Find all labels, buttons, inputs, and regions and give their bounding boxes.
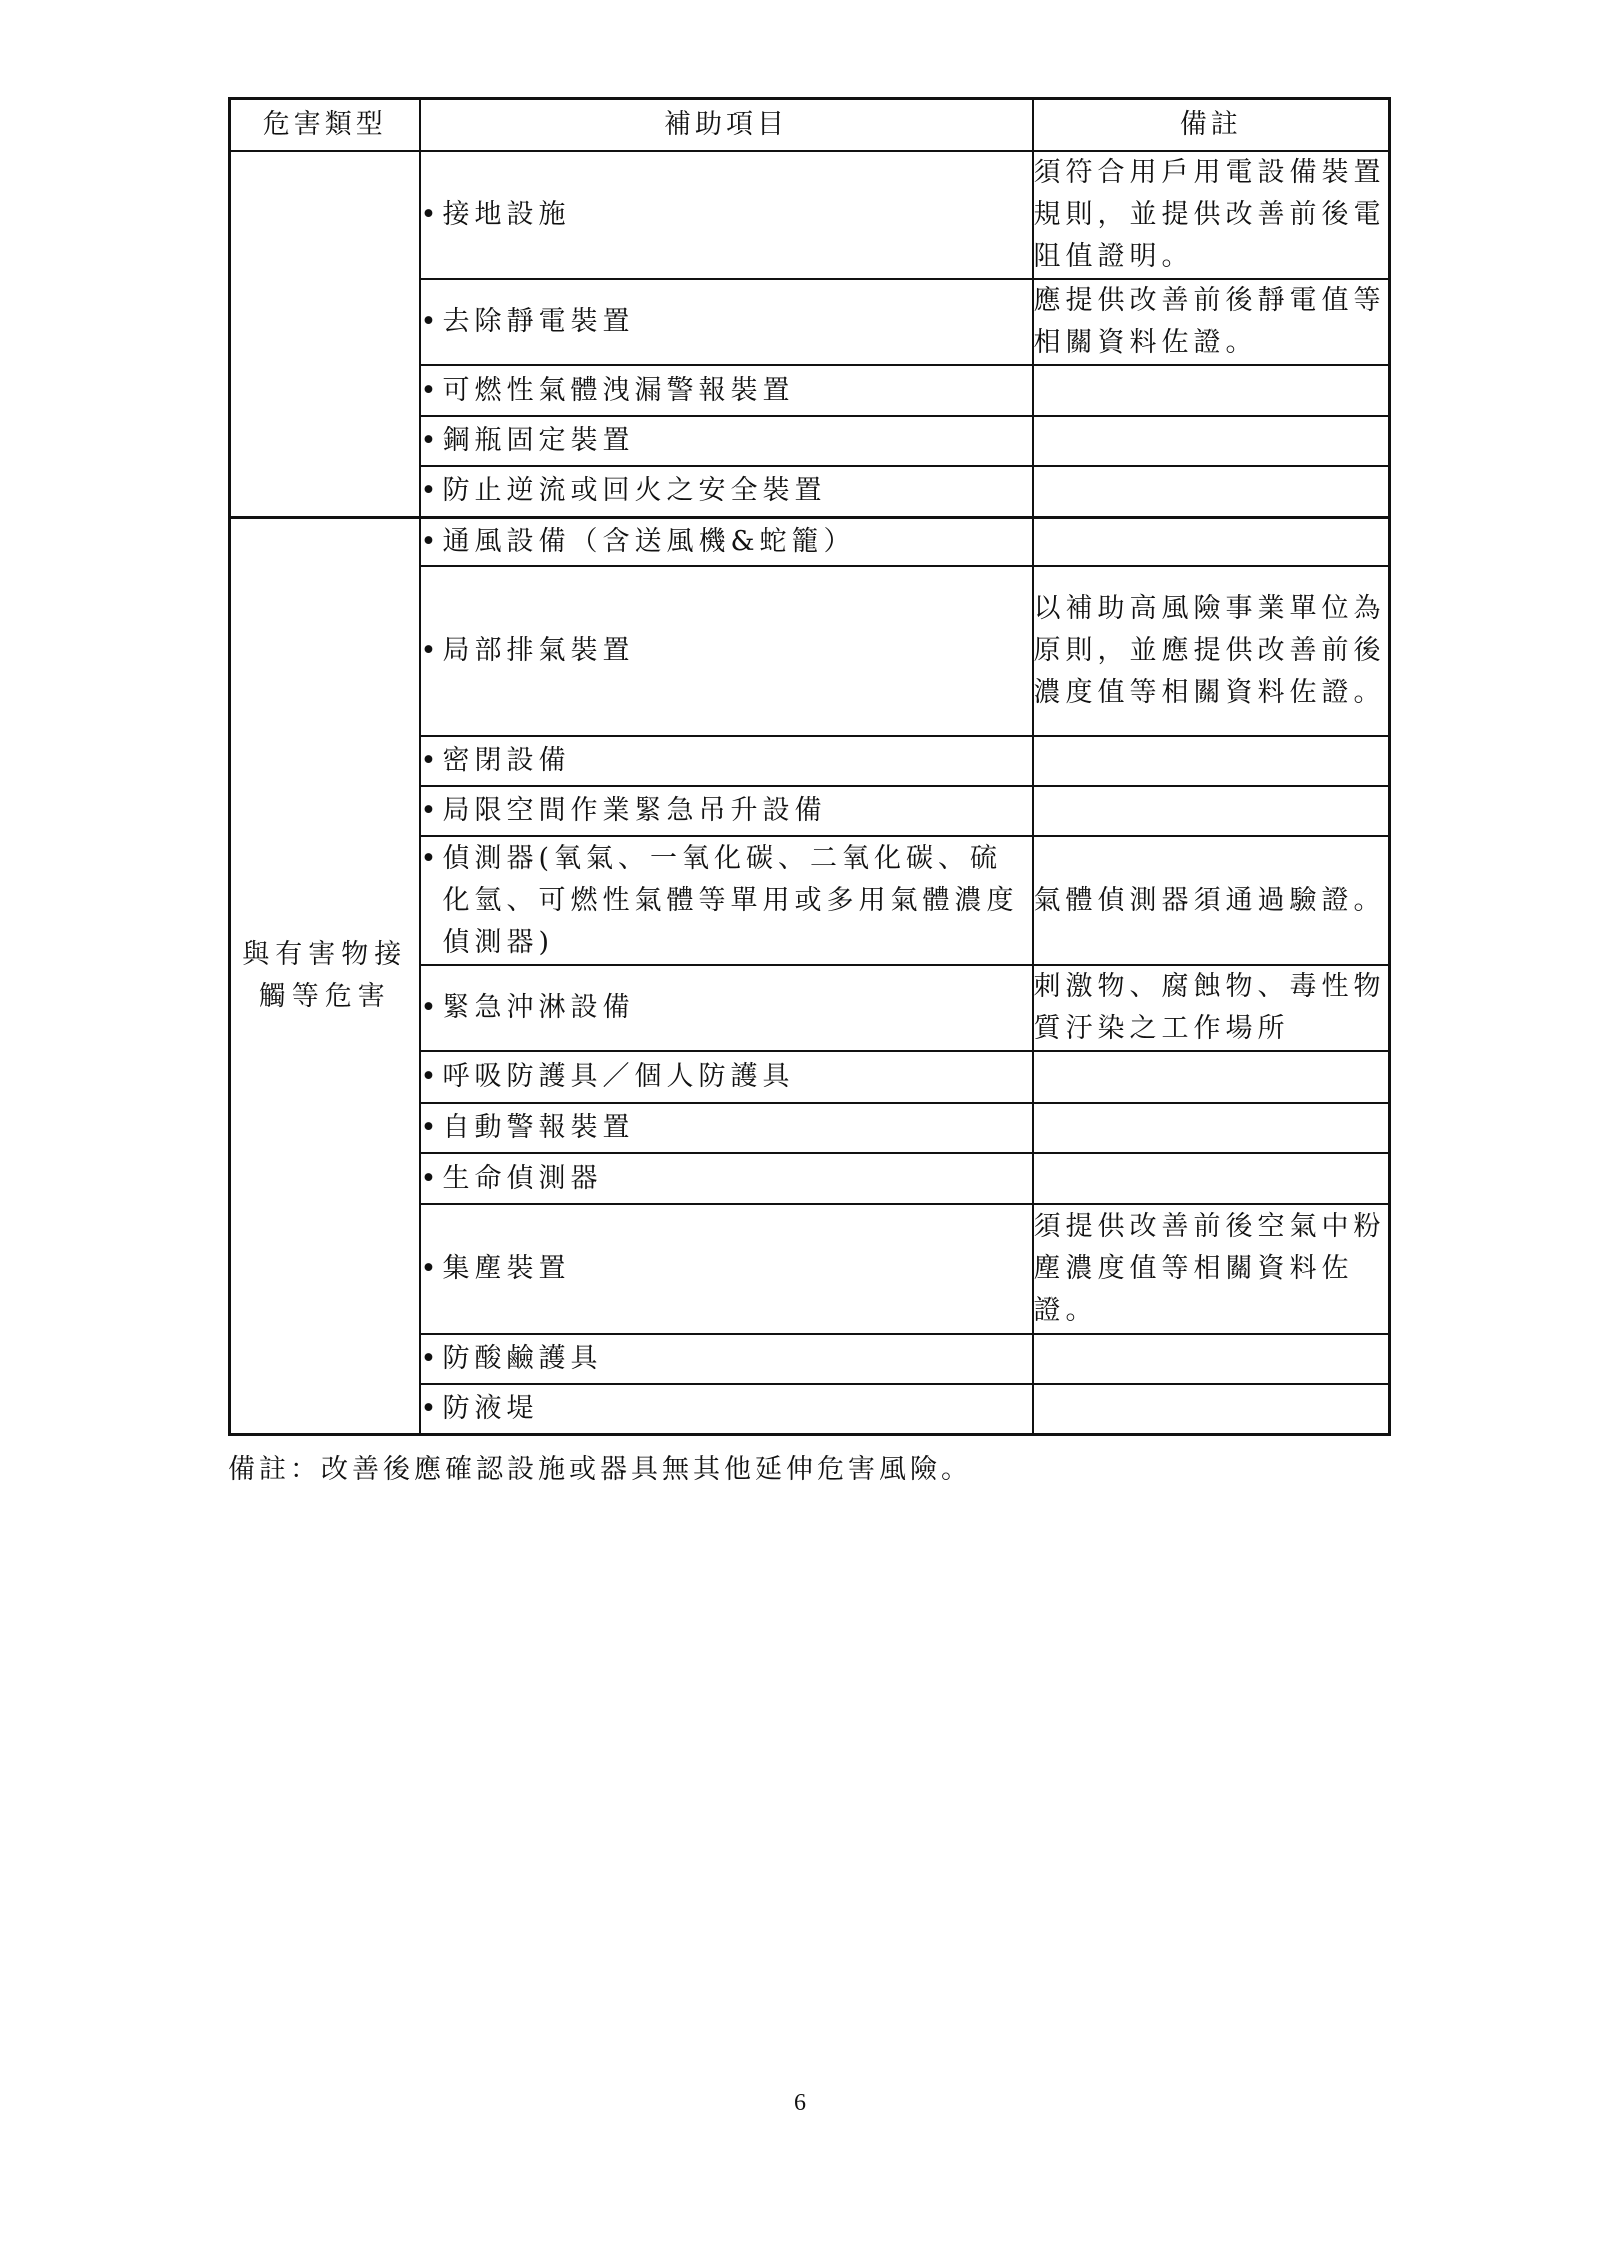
subsidy-item-cell: •去除靜電裝置 [420, 279, 1033, 365]
subsidy-item-cell: •集塵裝置 [420, 1204, 1033, 1334]
remarks-cell: 以補助高風險事業單位為原則，並應提供改善前後濃度值等相關資料佐證。 [1033, 566, 1390, 736]
table-header-row: 危害類型 補助項目 備註 [230, 99, 1390, 152]
remarks-cell [1033, 1103, 1390, 1153]
subsidy-item-cell: •可燃性氣體洩漏警報裝置 [420, 365, 1033, 416]
bullet-icon: • [421, 790, 443, 832]
document-page: 危害類型 補助項目 備註 •接地設施須符合用戶用電設備裝置規則，並提供改善前後電… [0, 0, 1600, 2263]
bullet-icon: • [421, 1248, 443, 1290]
subsidy-item-label: 防液堤 [443, 1388, 539, 1430]
bullet-icon: • [421, 1338, 443, 1380]
subsidy-item-label: 集塵裝置 [443, 1248, 571, 1290]
remarks-cell: 須提供改善前後空氣中粉塵濃度值等相關資料佐證。 [1033, 1204, 1390, 1334]
table-row: 與有害物接觸等危害•通風設備（含送風機&蛇籠） [230, 517, 1390, 566]
bullet-icon: • [421, 1056, 443, 1098]
subsidy-item-cell: •生命偵測器 [420, 1153, 1033, 1204]
subsidy-item-label: 緊急沖淋設備 [443, 987, 635, 1029]
subsidy-item-label: 呼吸防護具／個人防護具 [443, 1056, 795, 1098]
remarks-cell [1033, 1334, 1390, 1384]
remarks-cell [1033, 466, 1390, 517]
subsidy-item-cell: •防止逆流或回火之安全裝置 [420, 466, 1033, 517]
subsidy-item-cell: •防液堤 [420, 1384, 1033, 1434]
subsidy-item-cell: •接地設施 [420, 151, 1033, 279]
subsidy-item-cell: •緊急沖淋設備 [420, 965, 1033, 1051]
subsidy-item-cell: •局限空間作業緊急吊升設備 [420, 786, 1033, 836]
remarks-cell: 刺激物、腐蝕物、毒性物質汙染之工作場所 [1033, 965, 1390, 1051]
subsidy-item-label: 防酸鹼護具 [443, 1338, 603, 1380]
bullet-icon: • [421, 630, 443, 672]
bullet-icon: • [421, 1158, 443, 1200]
bullet-icon: • [421, 420, 443, 462]
subsidy-item-cell: •局部排氣裝置 [420, 566, 1033, 736]
remarks-cell [1033, 736, 1390, 786]
subsidy-item-label: 偵測器(氧氣、一氧化碳、二氧化碳、硫化氫、可燃性氣體等單用或多用氣體濃度偵測器) [443, 838, 1032, 964]
hazard-category-cell [230, 151, 420, 517]
bullet-icon: • [421, 370, 443, 412]
subsidy-item-label: 鋼瓶固定裝置 [443, 420, 635, 462]
remarks-cell [1033, 1051, 1390, 1103]
remarks-cell: 須符合用戶用電設備裝置規則，並提供改善前後電阻值證明。 [1033, 151, 1390, 279]
table-body: •接地設施須符合用戶用電設備裝置規則，並提供改善前後電阻值證明。•去除靜電裝置應… [230, 151, 1390, 1434]
bullet-icon: • [421, 838, 443, 880]
header-subsidy-item: 補助項目 [420, 99, 1033, 152]
bullet-icon: • [421, 470, 443, 512]
header-hazard-type: 危害類型 [230, 99, 420, 152]
subsidy-item-label: 密閉設備 [443, 740, 571, 782]
remarks-cell: 氣體偵測器須通過驗證。 [1033, 836, 1390, 965]
subsidy-item-label: 生命偵測器 [443, 1158, 603, 1200]
bullet-icon: • [421, 194, 443, 236]
bullet-icon: • [421, 521, 443, 563]
footnote: 備註：改善後應確認設施或器具無其他延伸危害風險。 [228, 1450, 972, 1490]
subsidy-item-label: 防止逆流或回火之安全裝置 [443, 470, 827, 512]
bullet-icon: • [421, 1107, 443, 1149]
remarks-cell [1033, 517, 1390, 566]
subsidy-item-cell: •防酸鹼護具 [420, 1334, 1033, 1384]
subsidy-item-label: 局限空間作業緊急吊升設備 [443, 790, 827, 832]
subsidy-item-label: 局部排氣裝置 [443, 630, 635, 672]
subsidy-item-label: 去除靜電裝置 [443, 301, 635, 343]
subsidy-item-label: 接地設施 [443, 194, 571, 236]
remarks-cell [1033, 416, 1390, 466]
hazard-category-cell: 與有害物接觸等危害 [230, 517, 420, 1434]
bullet-icon: • [421, 740, 443, 782]
subsidy-item-cell: •偵測器(氧氣、一氧化碳、二氧化碳、硫化氫、可燃性氣體等單用或多用氣體濃度偵測器… [420, 836, 1033, 965]
bullet-icon: • [421, 987, 443, 1029]
header-remarks: 備註 [1033, 99, 1390, 152]
bullet-icon: • [421, 301, 443, 343]
remarks-cell [1033, 1384, 1390, 1434]
remarks-cell [1033, 786, 1390, 836]
subsidy-item-label: 可燃性氣體洩漏警報裝置 [443, 370, 795, 412]
subsidy-item-cell: •密閉設備 [420, 736, 1033, 786]
remarks-cell [1033, 1153, 1390, 1204]
subsidy-item-cell: •通風設備（含送風機&蛇籠） [420, 517, 1033, 566]
subsidy-item-cell: •自動警報裝置 [420, 1103, 1033, 1153]
remarks-cell [1033, 365, 1390, 416]
subsidy-item-label: 通風設備（含送風機&蛇籠） [443, 521, 856, 563]
remarks-cell: 應提供改善前後靜電值等相關資料佐證。 [1033, 279, 1390, 365]
subsidy-item-cell: •呼吸防護具／個人防護具 [420, 1051, 1033, 1103]
page-number: 6 [0, 2090, 1600, 2117]
bullet-icon: • [421, 1388, 443, 1430]
subsidy-item-cell: •鋼瓶固定裝置 [420, 416, 1033, 466]
table-row: •接地設施須符合用戶用電設備裝置規則，並提供改善前後電阻值證明。 [230, 151, 1390, 279]
subsidy-items-table: 危害類型 補助項目 備註 •接地設施須符合用戶用電設備裝置規則，並提供改善前後電… [228, 97, 1391, 1436]
subsidy-item-label: 自動警報裝置 [443, 1107, 635, 1149]
